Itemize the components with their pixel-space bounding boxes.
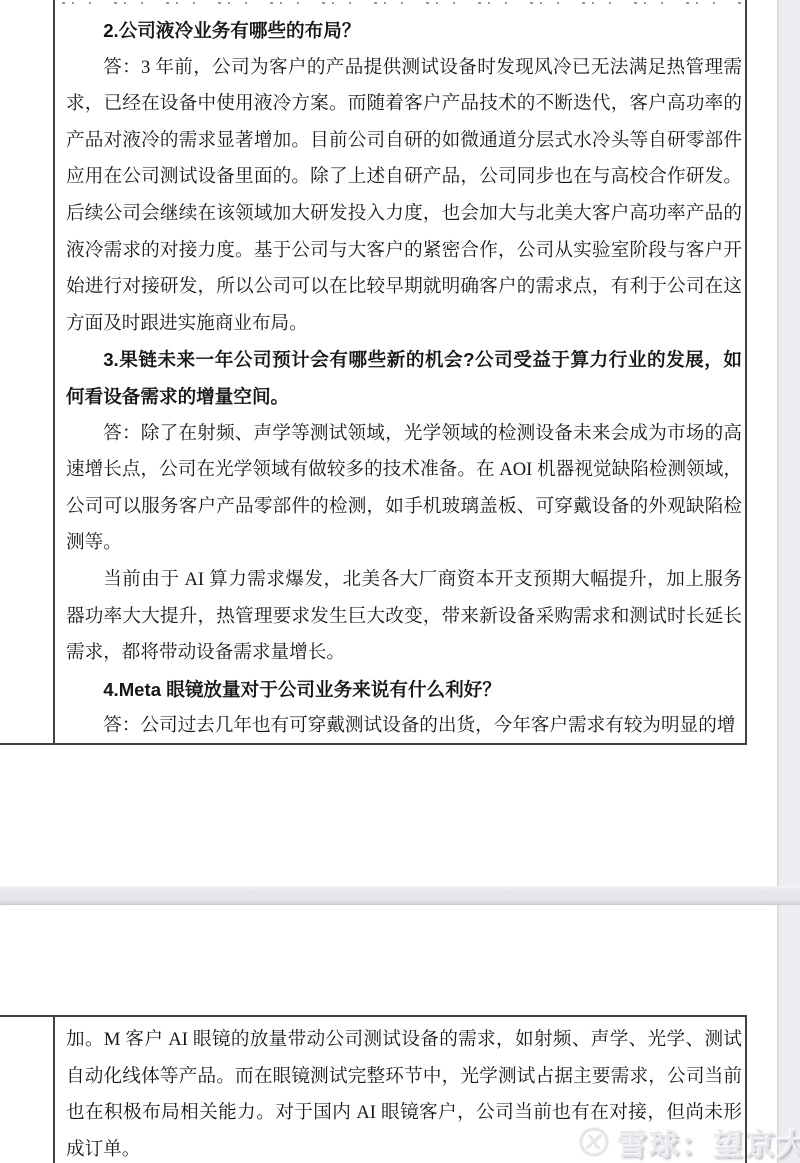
answer-4-continued: 加。M 客户 AI 眼镜的放量带动公司测试设备的需求，如射频、声学、光学、测试自… <box>66 1022 742 1163</box>
answer-3-paragraph-1: 答：除了在射频、声学等测试领域，光学领域的检测设备未来会成为市场的高速增长点，公… <box>66 416 742 562</box>
table-border-right <box>745 0 747 744</box>
document-page-2: 加。M 客户 AI 眼镜的放量带动公司测试设备的需求，如射频、声学、光学、测试自… <box>0 905 778 1163</box>
table-border-top <box>0 1015 747 1017</box>
answer-3-paragraph-2: 当前由于 AI 算力需求爆发，北美各大厂商资本开支预期大幅提升，加上服务器功率大… <box>66 562 742 672</box>
document-page-1: 2.公司液冷业务有哪些的布局？ 答：3 年前，公司为客户的产品提供测试设备时发现… <box>0 0 778 886</box>
table-border-right <box>745 1015 747 1163</box>
page-break-gap <box>0 886 800 905</box>
table-border-left <box>53 0 55 744</box>
question-4: 4.Meta 眼镜放量对于公司业务来说有什么利好？ <box>66 672 742 709</box>
question-2: 2.公司液冷业务有哪些的布局？ <box>66 13 742 50</box>
table-border-left <box>53 1015 55 1163</box>
document-viewer: { "document": { "page1": { "question_2":… <box>0 0 800 1163</box>
answer-4-start: 答：公司过去几年也有可穿戴测试设备的出货，今年客户需求有较为明显的增 <box>66 708 742 745</box>
clipped-text-fragments <box>62 1 742 5</box>
page-2-text-cell: 加。M 客户 AI 眼镜的放量带动公司测试设备的需求，如射频、声学、光学、测试自… <box>66 1022 742 1163</box>
answer-2: 答：3 年前，公司为客户的产品提供测试设备时发现风冷已无法满足热管理需求，已经在… <box>66 50 742 343</box>
page-1-text-cell: 2.公司液冷业务有哪些的布局？ 答：3 年前，公司为客户的产品提供测试设备时发现… <box>66 13 742 745</box>
table-border-bottom <box>0 743 747 745</box>
question-3: 3.果链未来一年公司预计会有哪些新的机会?公司受益于算力行业的发展，如何看设备需… <box>66 342 742 415</box>
